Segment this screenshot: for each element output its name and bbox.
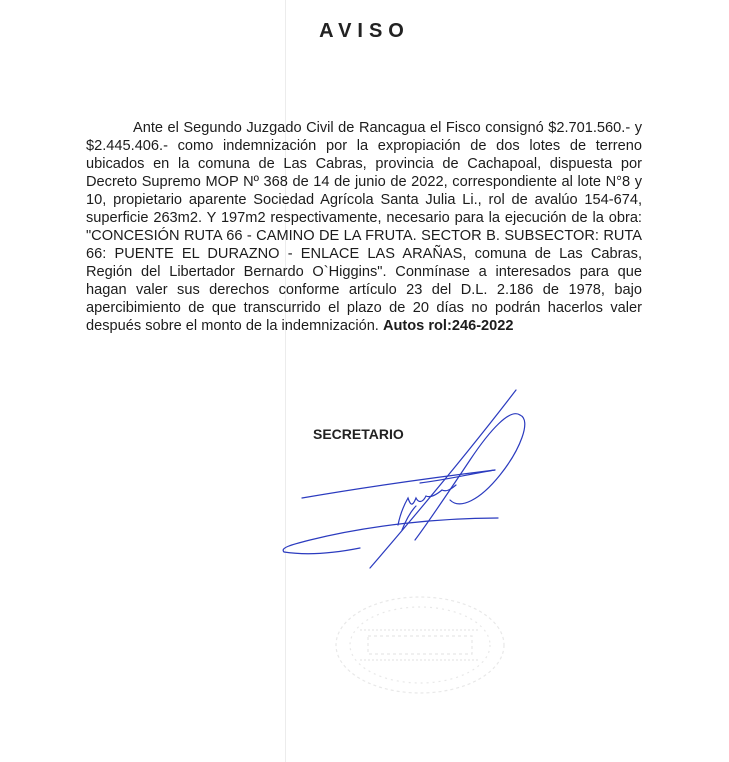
- notice-body: Ante el Segundo Juzgado Civil de Rancagu…: [86, 119, 642, 335]
- signature-icon: [270, 380, 550, 570]
- official-stamp-icon: [330, 590, 510, 700]
- notice-body-text: Ante el Segundo Juzgado Civil de Rancagu…: [86, 120, 642, 334]
- document-title: AVISO: [0, 20, 729, 43]
- case-reference: Autos rol:246-2022: [383, 318, 514, 334]
